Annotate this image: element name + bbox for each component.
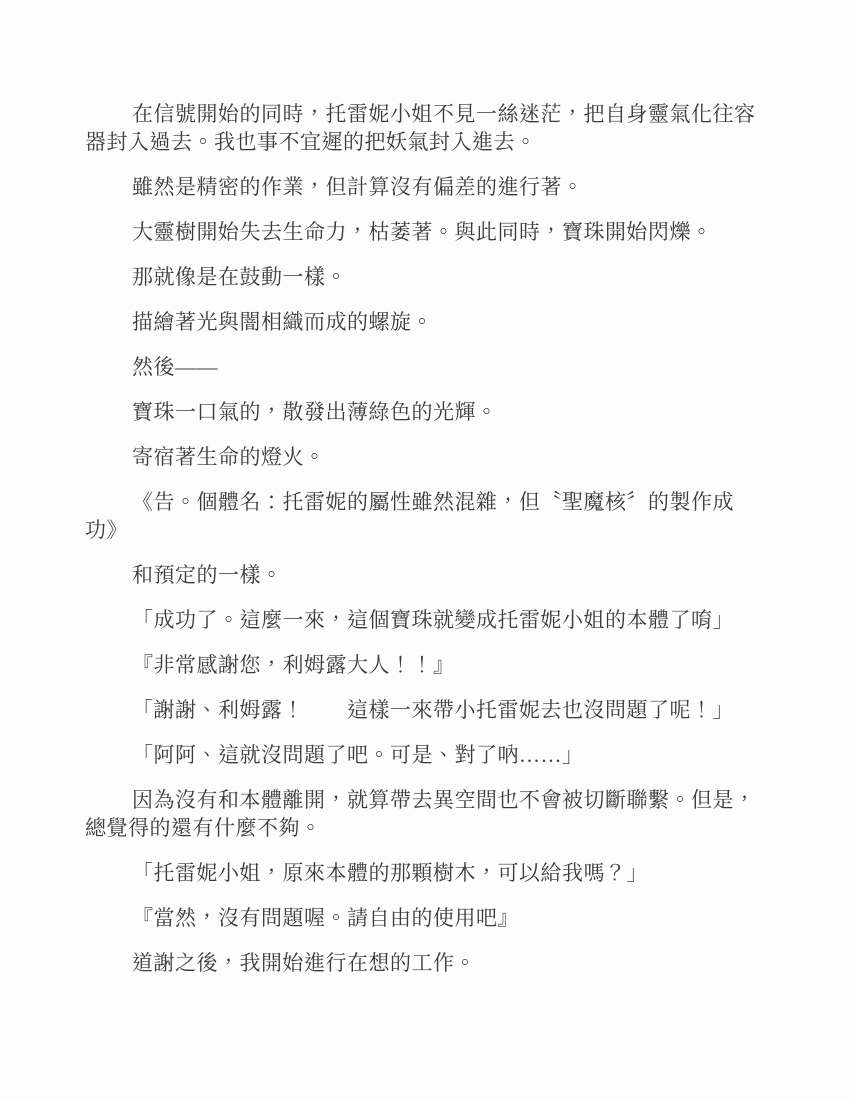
paragraph: 然後—— <box>85 353 766 381</box>
paragraph: 雖然是精密的作業，但計算沒有偏差的進行著。 <box>85 173 766 201</box>
paragraph: 「成功了。這麼一來，這個寶珠就變成托雷妮小姐的本體了唷」 <box>85 606 766 634</box>
paragraph: 道謝之後，我開始進行在想的工作。 <box>85 949 766 977</box>
paragraph: 「謝謝、利姆露！ 這樣一來帶小托雷妮去也沒問題了呢！」 <box>85 696 766 724</box>
paragraph: 《告。個體名：托雷妮的屬性雖然混雜，但〝聖魔核〞的製作成 功》 <box>85 488 766 544</box>
paragraph: 寶珠一口氣的，散發出薄綠色的光輝。 <box>85 398 766 426</box>
paragraph: 寄宿著生命的燈火。 <box>85 443 766 471</box>
paragraph: 那就像是在鼓動一樣。 <box>85 263 766 291</box>
paragraph: 『非常感謝您，利姆露大人！！』 <box>85 651 766 679</box>
document-page: 在信號開始的同時，托雷妮小姐不見一絲迷茫，把自身靈氣化往容 器封入過去。我也事不… <box>0 0 850 1100</box>
paragraph: 『當然，沒有問題喔。請自由的使用吧』 <box>85 904 766 932</box>
paragraph: 大靈樹開始失去生命力，枯萎著。與此同時，寶珠開始閃爍。 <box>85 218 766 246</box>
paragraph: 「托雷妮小姐，原來本體的那顆樹木，可以給我嗎？」 <box>85 859 766 887</box>
paragraph: 在信號開始的同時，托雷妮小姐不見一絲迷茫，把自身靈氣化往容 器封入過去。我也事不… <box>85 100 766 156</box>
paragraph: 描繪著光與闇相織而成的螺旋。 <box>85 308 766 336</box>
paragraph: 和預定的一樣。 <box>85 561 766 589</box>
paragraph: 因為沒有和本體離開，就算帶去異空間也不會被切斷聯繫。但是， 總覺得的還有什麼不夠… <box>85 786 766 842</box>
paragraph: 「阿阿、這就沒問題了吧。可是、對了吶……」 <box>85 741 766 769</box>
